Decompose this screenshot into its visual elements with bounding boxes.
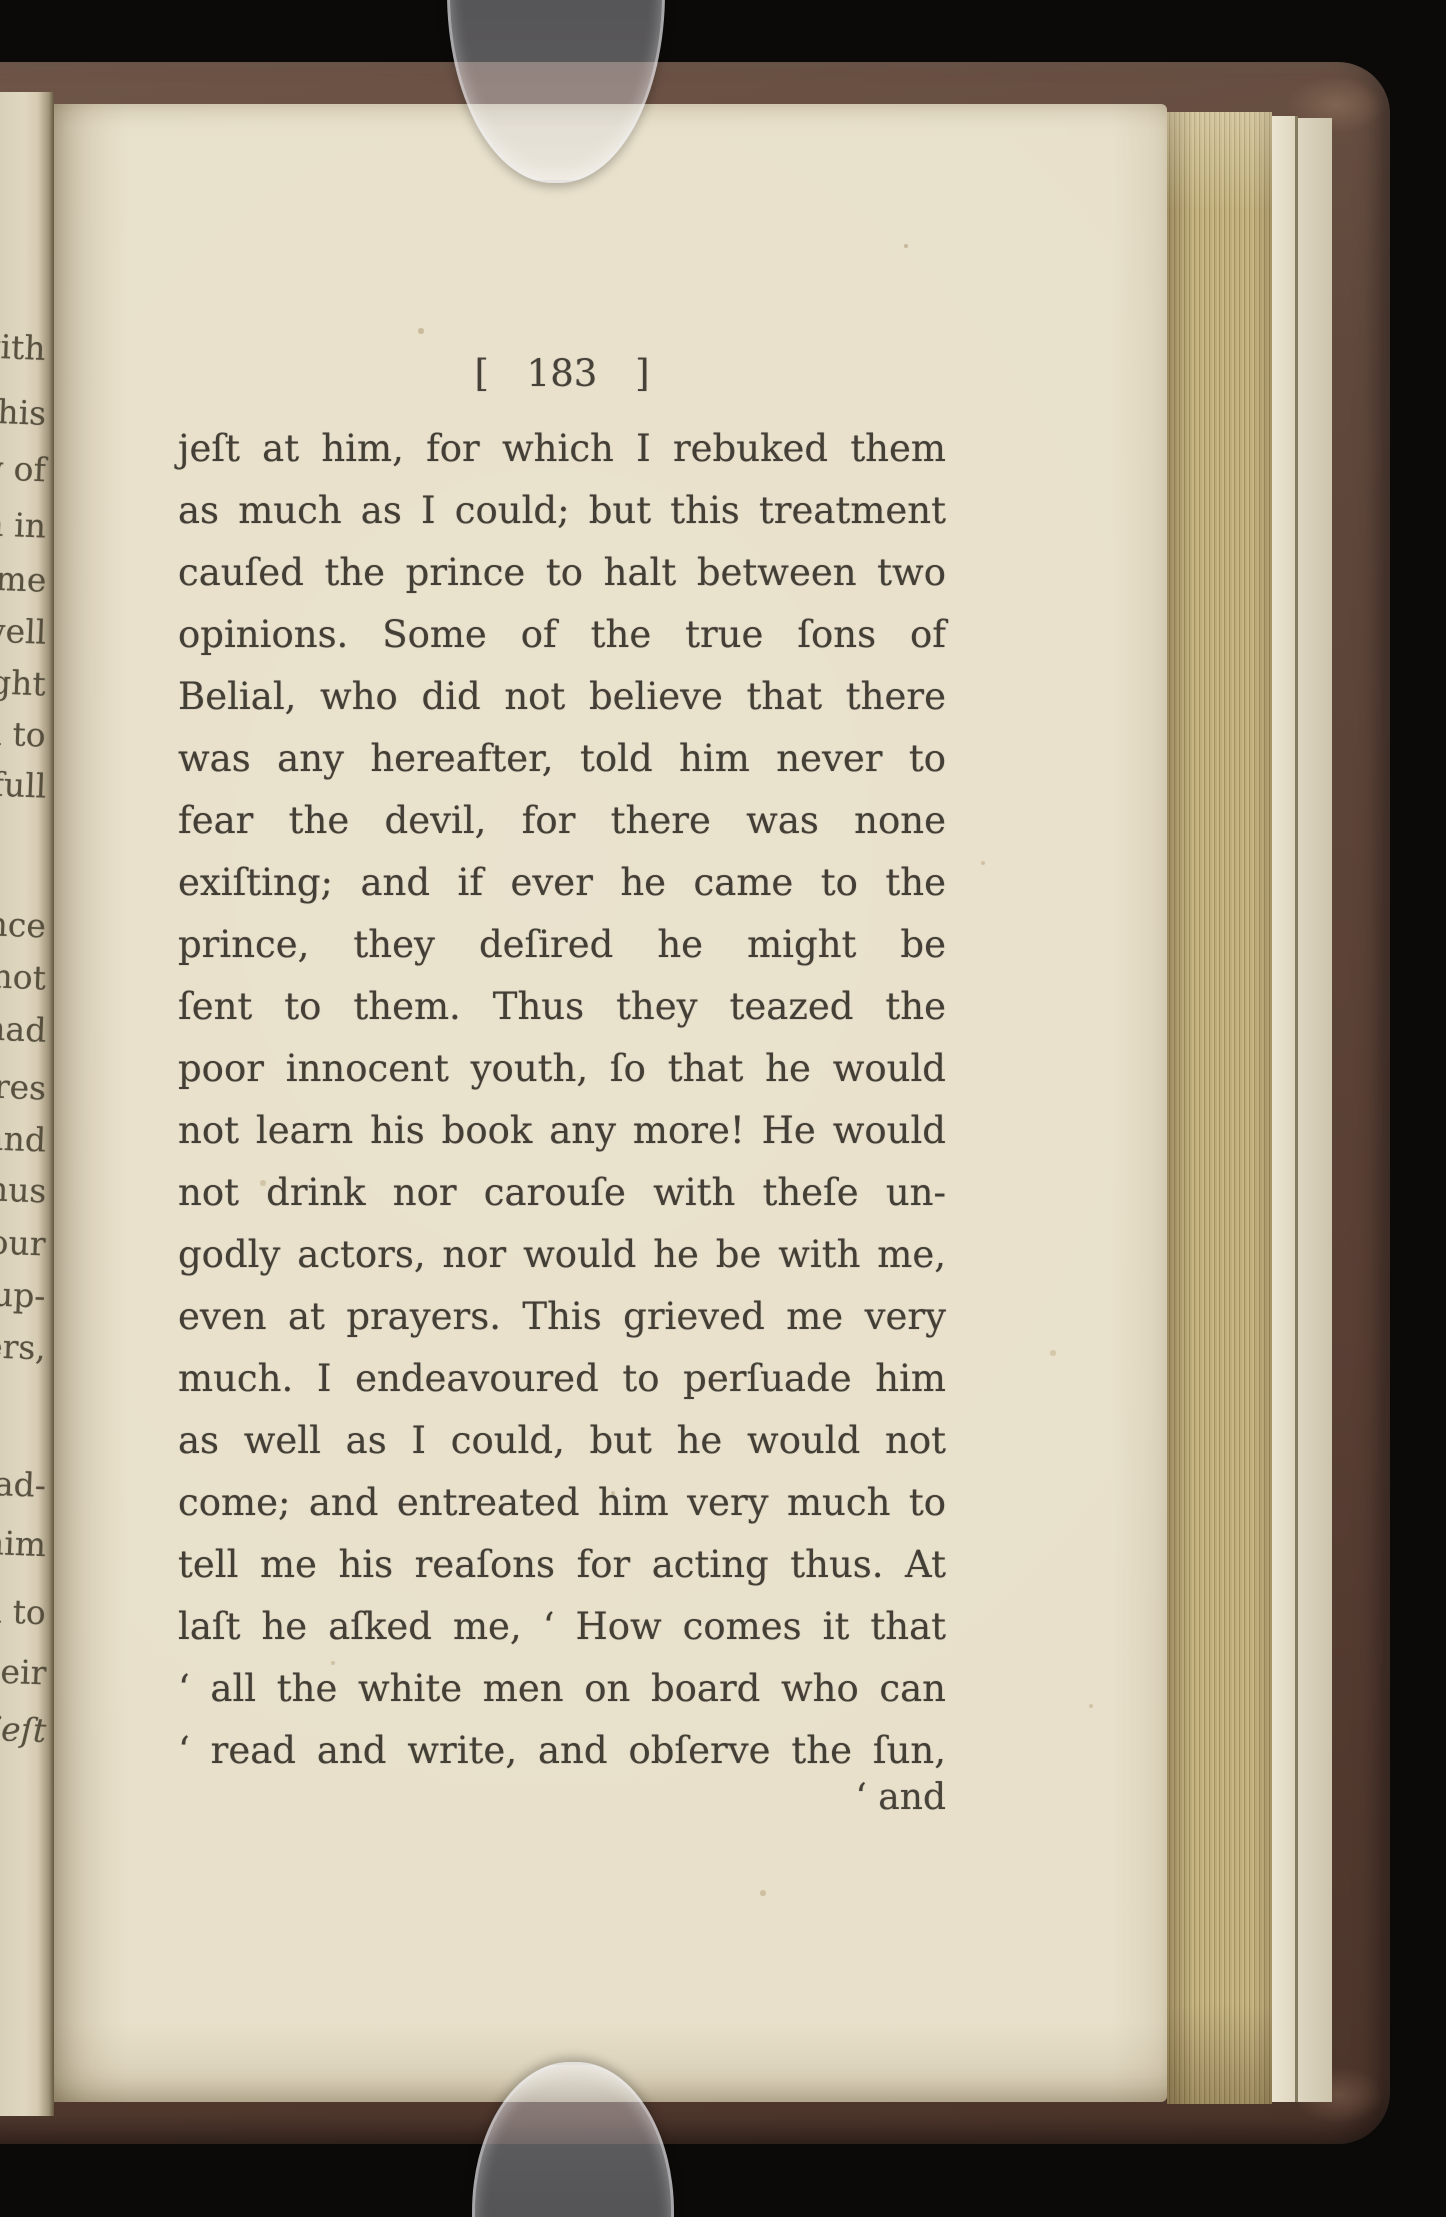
facing-page-text-fragment: to me xyxy=(0,557,47,600)
facing-page-catchword-fragment: jeſt xyxy=(0,1709,47,1750)
facing-page-text-fragment: ad- xyxy=(0,1464,47,1505)
facing-page-text-fragment: light xyxy=(0,662,47,704)
text-line: as well as I could, but he would not xyxy=(178,1410,946,1472)
facing-page-text-fragment: ; not xyxy=(0,956,47,998)
facing-page-text-fragment: en in xyxy=(0,503,47,545)
facing-page-text-fragment: tares xyxy=(0,1065,47,1107)
photo-scene: [ 183 ] jeſt at him, for which I rebuked… xyxy=(0,0,1446,2217)
text-line: not learn his book any more! He would xyxy=(178,1100,946,1162)
facing-page-text-fragment: n full xyxy=(0,763,47,805)
facing-page-text-fragment: e up- xyxy=(0,1273,47,1315)
text-line: much. I endeavoured to perſuade him xyxy=(178,1348,946,1410)
facing-page-text-fragment: o had xyxy=(0,1007,47,1050)
book-page: [ 183 ] jeſt at him, for which I rebuked… xyxy=(50,104,1167,2102)
facing-page-text-fragment: ly of xyxy=(0,448,47,490)
text-line: prince, they deſired he might be xyxy=(178,914,946,976)
facing-page-text-fragment: an his xyxy=(0,390,47,433)
text-line: ‘ all the white men on board who can xyxy=(178,1658,946,1720)
facing-page-text-fragment: , and xyxy=(0,1117,47,1159)
facing-page-text-fragment: n to xyxy=(0,1591,47,1632)
page-block-fore-edge xyxy=(1167,112,1272,2104)
text-line: poor innocent youth, ſo that he would xyxy=(178,1038,946,1100)
text-line: come; and entreated him very much to xyxy=(178,1472,946,1534)
text-line: fear the devil, for there was none xyxy=(178,790,946,852)
text-line: was any hereafter, told him never to xyxy=(178,728,946,790)
text-line: laſt he aſked me, ‘ How comes it that xyxy=(178,1596,946,1658)
facing-page-text-fragment: Thus xyxy=(0,1168,47,1210)
page-text-block: jeſt at him, for which I rebuked them as… xyxy=(178,418,946,1828)
facing-page-text-fragment: ance xyxy=(0,903,47,945)
text-line: godly actors, nor would he be with me, xyxy=(178,1224,946,1286)
paper-specks xyxy=(0,0,2,2)
facing-page-edge: r with an his ly of en in to me s well l… xyxy=(0,92,54,2116)
text-line: ‘ read and write, and obſerve the ſun, xyxy=(178,1720,946,1782)
text-line: not drink nor carouſe with theſe un- xyxy=(178,1162,946,1224)
facing-page-text-fragment: on to xyxy=(0,712,47,754)
text-line: Belial, who did not believe that there xyxy=(178,666,946,728)
facing-page-text-fragment: s well xyxy=(0,609,47,652)
text-line: even at prayers. This grieved me very xyxy=(178,1286,946,1348)
facing-page-text-fragment: their xyxy=(0,1650,47,1692)
page-number-header: [ 183 ] xyxy=(178,352,946,395)
flyleaf-sheet-back xyxy=(1298,118,1332,2102)
facing-page-text-fragment: f our xyxy=(0,1221,47,1263)
flyleaf-sheet-front xyxy=(1272,116,1295,2102)
text-line: as much as I could; but this treatment xyxy=(178,480,946,542)
text-line: jeſt at him, for which I rebuked them xyxy=(178,418,946,480)
text-line: opinions. Some of the true ſons of xyxy=(178,604,946,666)
text-line: tell me his reaſons for acting thus. At xyxy=(178,1534,946,1596)
text-line: ſent to them. Thus they teazed the xyxy=(178,976,946,1038)
facing-page-text-fragment: gers, xyxy=(0,1325,47,1367)
facing-page-text-fragment: r with xyxy=(0,325,47,368)
text-line: exiſting; and if ever he came to the xyxy=(178,852,946,914)
text-line: cauſed the prince to halt between two xyxy=(178,542,946,604)
facing-page-text-fragment: him xyxy=(0,1523,47,1564)
